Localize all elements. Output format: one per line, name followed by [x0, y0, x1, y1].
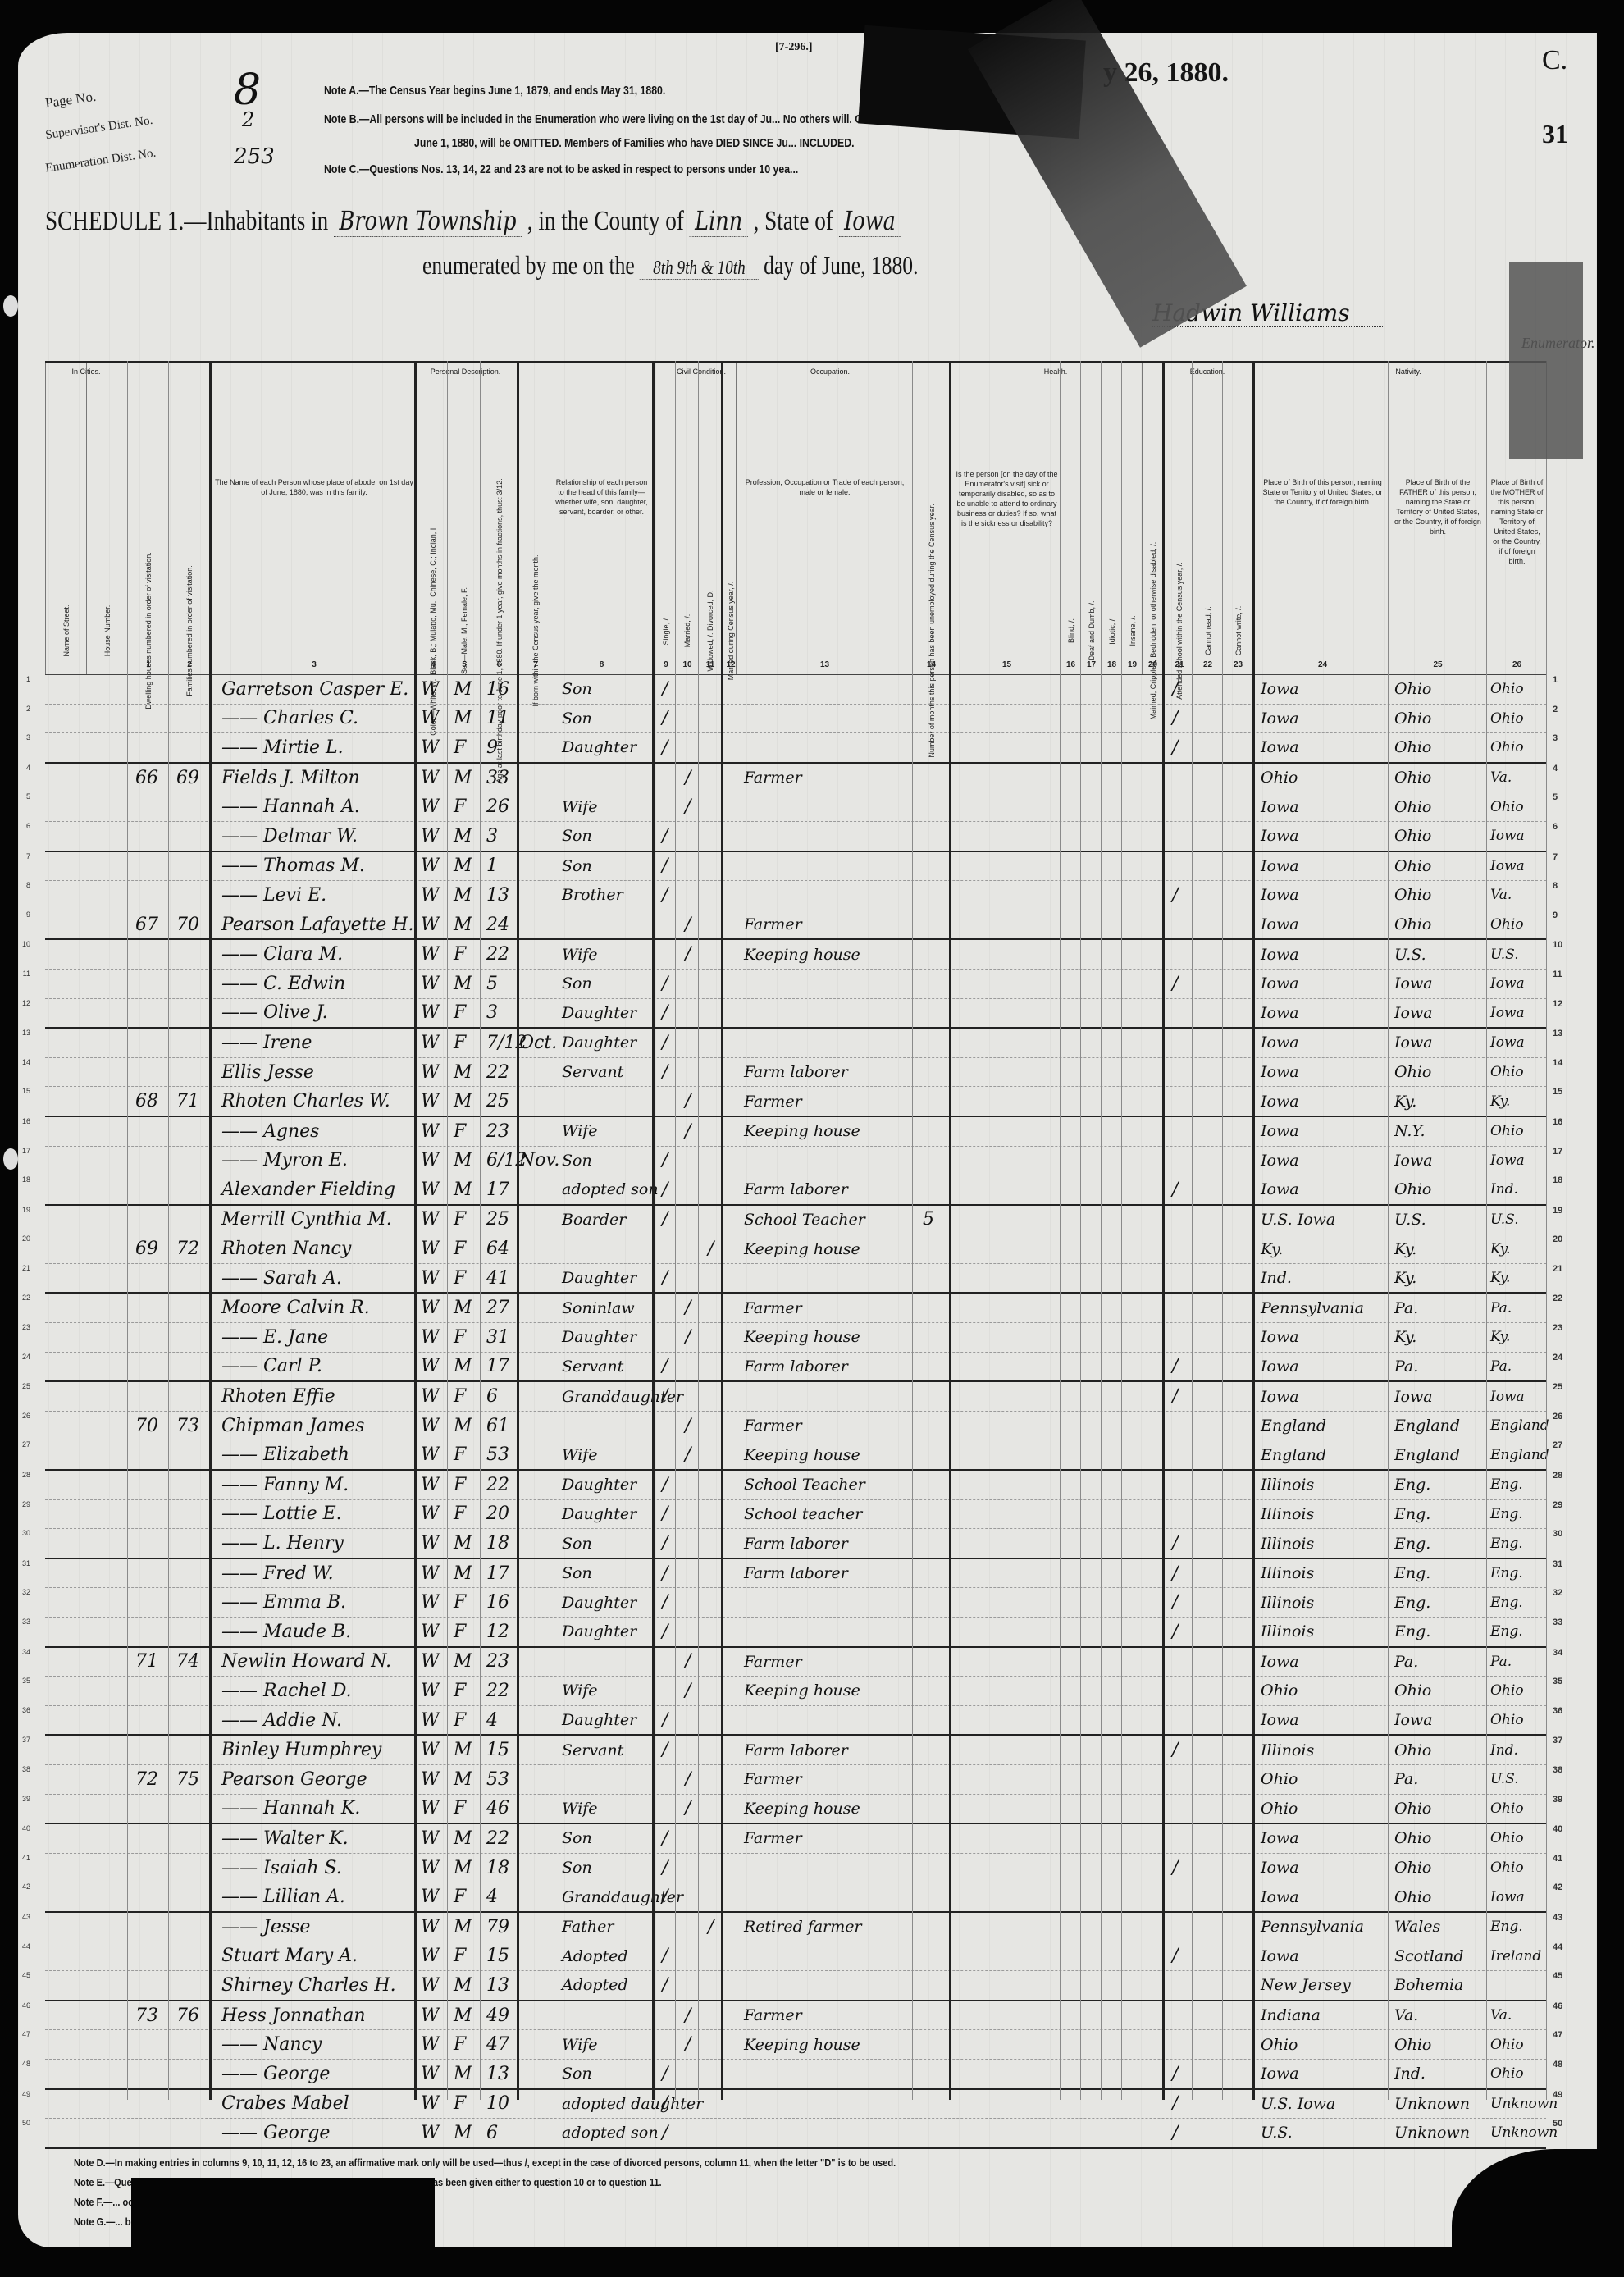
mother-birthplace: Ky.: [1490, 1234, 1510, 1263]
line-number-right: 43: [1553, 1913, 1572, 1923]
col-street: Name of Street.: [45, 363, 87, 674]
age: 13: [486, 2060, 509, 2088]
occupation: School teacher: [744, 1500, 862, 1529]
line-number-right: 18: [1553, 1175, 1572, 1185]
father-birthplace: U.S.: [1394, 1206, 1426, 1234]
relationship: Son: [562, 2060, 592, 2088]
sex: M: [454, 1765, 472, 1794]
dwelling-number: 70: [135, 1412, 158, 1440]
relationship: Son: [562, 852, 592, 881]
birthplace: Iowa: [1261, 1824, 1299, 1853]
table-row: 3636—— Addie N.WF4Daughter/IowaIowaOhio: [45, 1706, 1546, 1736]
color: W: [421, 2060, 440, 2088]
rule: [517, 361, 519, 2100]
family-number: 69: [176, 764, 199, 792]
birth-month: Oct.: [519, 1029, 557, 1057]
relationship: adopted son: [562, 1175, 659, 1204]
col-age: Age at last birthday prior to June 1, 18…: [480, 363, 518, 674]
relationship: Servant: [562, 1736, 623, 1764]
father-birthplace: England: [1394, 1440, 1460, 1469]
mother-birthplace: Va.: [1490, 2001, 1512, 2030]
father-birthplace: Pa.: [1394, 1353, 1418, 1381]
table-row: 4343—— JesseWM79Father/Retired farmerPen…: [45, 1913, 1546, 1942]
birthplace: Iowa: [1261, 2060, 1299, 2088]
rule: [1192, 361, 1193, 2100]
table-row: 4747—— NancyWF47Wife/Keeping houseOhioOh…: [45, 2030, 1546, 2060]
line-number-right: 39: [1553, 1795, 1572, 1805]
table-row: 26267073Chipman JamesWM61/FarmerEnglandE…: [45, 1412, 1546, 1441]
color: W: [421, 910, 440, 939]
line-number: 29: [11, 1500, 30, 1508]
relationship: Adopted: [562, 1971, 628, 2000]
sex: M: [454, 1529, 472, 1558]
married-mark: /: [685, 792, 691, 821]
age: 13: [486, 1971, 509, 2000]
rule: [1222, 361, 1223, 2100]
person-name: —— L. Henry: [221, 1529, 344, 1558]
occupation: Farmer: [744, 1294, 802, 1322]
line-number-right: 25: [1553, 1382, 1572, 1392]
relationship: Brother: [562, 881, 623, 910]
age: 18: [486, 1529, 509, 1558]
rule: [1121, 361, 1122, 2100]
school-mark: /: [1172, 733, 1178, 762]
line-number-right: 26: [1553, 1412, 1572, 1421]
single-mark: /: [662, 1854, 668, 1882]
line-number: 12: [11, 999, 30, 1007]
mother-birthplace: Eng.: [1490, 1500, 1523, 1529]
father-birthplace: Ohio: [1394, 852, 1431, 881]
person-name: Alexander Fielding: [221, 1175, 395, 1204]
census-table: In Cities. Name of Street. House Number.…: [45, 361, 1546, 2149]
single-mark: /: [662, 733, 668, 762]
age: 16: [486, 675, 509, 704]
father-birthplace: Ky.: [1394, 1323, 1416, 1352]
table-header: In Cities. Name of Street. House Number.…: [45, 361, 1546, 675]
sex: F: [454, 940, 466, 969]
line-number: 33: [11, 1618, 30, 1626]
birthplace: Iowa: [1261, 1117, 1299, 1146]
color: W: [421, 764, 440, 792]
line-number-right: 14: [1553, 1058, 1572, 1068]
person-name: —— Hannah A.: [221, 792, 360, 821]
mother-birthplace: Ohio: [1490, 1795, 1524, 1823]
relationship: Boarder: [562, 1206, 626, 1234]
line-number: 10: [11, 940, 30, 948]
sex: M: [454, 1913, 472, 1942]
color: W: [421, 1264, 440, 1293]
sex: M: [454, 1175, 472, 1204]
color: W: [421, 1175, 440, 1204]
col-dwelling: Dwelling houses numbered in order of vis…: [127, 363, 169, 674]
single-mark: /: [662, 1882, 668, 1911]
relationship: Daughter: [562, 1323, 636, 1352]
person-name: Crabes Mabel: [221, 2090, 349, 2119]
age: 6: [486, 1382, 498, 1411]
age: 53: [486, 1440, 509, 1469]
line-number: 21: [11, 1264, 30, 1272]
married-mark: /: [685, 1648, 691, 1677]
dwelling-number: 73: [135, 2001, 158, 2030]
mother-birthplace: Ky.: [1490, 1323, 1510, 1352]
sex: M: [454, 822, 472, 851]
single-mark: /: [662, 822, 668, 851]
line-number: 8: [11, 881, 30, 889]
table-row: 3535—— Rachel D.WF22Wife/Keeping houseOh…: [45, 1677, 1546, 1706]
school-mark: /: [1172, 1382, 1178, 1411]
table-row: 2727—— ElizabethWF53Wife/Keeping houseEn…: [45, 1440, 1546, 1471]
sex: F: [454, 1942, 466, 1971]
mother-birthplace: Ohio: [1490, 1854, 1524, 1882]
table-row: 3737Binley HumphreyWM15Servant/Farm labo…: [45, 1736, 1546, 1765]
line-number: 20: [11, 1234, 30, 1243]
mother-birthplace: Unknown: [1490, 2090, 1558, 2119]
line-number: 14: [11, 1058, 30, 1066]
mother-birthplace: Ind.: [1490, 1736, 1518, 1764]
birthplace: Ohio: [1261, 1677, 1298, 1705]
sex: F: [454, 1677, 466, 1705]
relationship: Son: [562, 675, 592, 704]
col-school: Attended school within the Census year, …: [1162, 363, 1194, 674]
father-birthplace: Ohio: [1394, 910, 1431, 939]
table-row: 1111—— C. EdwinWM5Son//IowaIowaIowa: [45, 970, 1546, 999]
age: 22: [486, 1824, 509, 1853]
table-row: 77—— Thomas M.WM1Son/IowaOhioIowa: [45, 852, 1546, 882]
table-row: 2222Moore Calvin R.WM27Soninlaw/FarmerPe…: [45, 1294, 1546, 1323]
father-birthplace: Ohio: [1394, 764, 1431, 792]
father-birthplace: Eng.: [1394, 1588, 1430, 1617]
birthplace: Iowa: [1261, 792, 1299, 821]
birthplace: Indiana: [1261, 2001, 1321, 2030]
person-name: —— Emma B.: [221, 1588, 346, 1617]
rule: [480, 361, 481, 2100]
family-number: 75: [176, 1765, 199, 1794]
father-birthplace: Ohio: [1394, 2030, 1431, 2059]
father-birthplace: Unknown: [1394, 2090, 1470, 2119]
enumeration-dist-value: 253: [234, 144, 275, 169]
mother-birthplace: Va.: [1490, 764, 1512, 792]
single-mark: /: [662, 1206, 668, 1234]
schedule-title: SCHEDULE 1.—Inhabitants in Brown Townshi…: [45, 205, 901, 237]
dwelling-number: 66: [135, 764, 158, 792]
birthplace: Iowa: [1261, 1882, 1299, 1911]
married-mark: /: [685, 2030, 691, 2059]
father-birthplace: Scotland: [1394, 1942, 1464, 1971]
color: W: [421, 1353, 440, 1381]
married-mark: /: [685, 1765, 691, 1794]
person-name: —— Lillian A.: [221, 1882, 345, 1911]
line-number-right: 35: [1553, 1677, 1572, 1686]
mother-birthplace: Iowa: [1490, 1382, 1525, 1411]
father-birthplace: Ohio: [1394, 733, 1431, 762]
person-name: —— Addie N.: [221, 1706, 342, 1735]
person-name: Rhoten Effie: [221, 1382, 335, 1411]
relationship: Daughter: [562, 1588, 636, 1617]
father-birthplace: Wales: [1394, 1913, 1440, 1942]
rule: [675, 361, 676, 2100]
color: W: [421, 1412, 440, 1440]
color: W: [421, 822, 440, 851]
table-row: 3232—— Emma B.WF16Daughter//IllinoisEng.…: [45, 1588, 1546, 1618]
color: W: [421, 1029, 440, 1057]
mother-birthplace: Ohio: [1490, 705, 1524, 733]
table-row: 1414Ellis JesseWM22Servant/Farm laborerI…: [45, 1058, 1546, 1088]
father-birthplace: Iowa: [1394, 1147, 1433, 1175]
line-number-right: 33: [1553, 1618, 1572, 1627]
color: W: [421, 1854, 440, 1882]
line-number-right: 16: [1553, 1117, 1572, 1127]
father-birthplace: Ohio: [1394, 1736, 1431, 1764]
line-number-right: 38: [1553, 1765, 1572, 1775]
color: W: [421, 1323, 440, 1352]
table-row: 1616—— AgnesWF23Wife/Keeping houseIowaN.…: [45, 1117, 1546, 1147]
age: 20: [486, 1500, 509, 1529]
color: W: [421, 1500, 440, 1529]
school-mark: /: [1172, 1618, 1178, 1646]
line-number: 31: [11, 1559, 30, 1567]
color: W: [421, 1765, 440, 1794]
table-row: 38387275Pearson GeorgeWM53/FarmerOhioPa.…: [45, 1765, 1546, 1795]
table-row: 2525Rhoten EffieWF6Granddaughter//IowaIo…: [45, 1382, 1546, 1412]
line-number: 41: [11, 1854, 30, 1862]
sex: M: [454, 1736, 472, 1764]
relationship: Wife: [562, 1677, 598, 1705]
sex: M: [454, 1058, 472, 1087]
mother-birthplace: Iowa: [1490, 1882, 1525, 1911]
single-mark: /: [662, 1058, 668, 1087]
sex: M: [454, 1087, 472, 1116]
color: W: [421, 1648, 440, 1677]
widowed-mark: /: [708, 1234, 714, 1263]
dwelling-number: 71: [135, 1648, 158, 1677]
col-occupation: Profession, Occupation or Trade of each …: [736, 363, 913, 674]
sex: F: [454, 1795, 466, 1823]
age: 12: [486, 1618, 509, 1646]
person-name: Merrill Cynthia M.: [221, 1206, 392, 1234]
single-mark: /: [662, 2090, 668, 2119]
line-number: 26: [11, 1412, 30, 1420]
line-number: 43: [11, 1913, 30, 1921]
table-row: 2828—— Fanny M.WF22Daughter/School Teach…: [45, 1471, 1546, 1500]
mother-birthplace: Ohio: [1490, 675, 1524, 704]
sex: F: [454, 1206, 466, 1234]
color: W: [421, 999, 440, 1028]
relationship: Son: [562, 1529, 592, 1558]
line-number-right: 23: [1553, 1323, 1572, 1333]
mother-birthplace: Va.: [1490, 881, 1512, 910]
mother-birthplace: Ireland: [1490, 1942, 1541, 1971]
color: W: [421, 1971, 440, 2000]
table-row: 88—— Levi E.WM13Brother//IowaOhioVa.: [45, 881, 1546, 910]
color: W: [421, 1618, 440, 1646]
table-row: 2929—— Lottie E.WF20Daughter/School teac…: [45, 1500, 1546, 1530]
line-number-right: 10: [1553, 940, 1572, 950]
father-birthplace: Ohio: [1394, 1058, 1431, 1087]
line-number: 48: [11, 2060, 30, 2068]
birthplace: New Jersey: [1261, 1971, 1351, 2000]
father-birthplace: Pa.: [1394, 1294, 1418, 1322]
mother-birthplace: Ohio: [1490, 1824, 1524, 1853]
person-name: —— Sarah A.: [221, 1264, 342, 1293]
col-cannot-read: Cannot read, /.22: [1192, 363, 1223, 674]
relationship: Soninlaw: [562, 1294, 635, 1322]
person-name: —— Carl P.: [221, 1353, 322, 1381]
sex: F: [454, 1440, 466, 1469]
relationship: Daughter: [562, 1471, 636, 1499]
age: 16: [486, 1588, 509, 1617]
note-b-line2: June 1, 1880, will be OMITTED. Members o…: [414, 136, 855, 150]
supervisor-dist-value: 2: [242, 108, 254, 131]
sex: M: [454, 764, 472, 792]
single-mark: /: [662, 675, 668, 704]
line-number: 7: [11, 852, 30, 860]
birthplace: Iowa: [1261, 1058, 1299, 1087]
line-number: 19: [11, 1206, 30, 1214]
occupation: Retired farmer: [744, 1913, 862, 1942]
age: 22: [486, 1471, 509, 1499]
sex: M: [454, 2119, 472, 2147]
mother-birthplace: Ohio: [1490, 2030, 1524, 2059]
age: 41: [486, 1264, 509, 1293]
father-birthplace: England: [1394, 1412, 1460, 1440]
line-number: 4: [11, 764, 30, 772]
birthplace: Illinois: [1261, 1529, 1314, 1558]
person-name: —— Maude B.: [221, 1618, 351, 1646]
table-row: 1212—— Olive J.WF3Daughter/IowaIowaIowa: [45, 999, 1546, 1029]
col-color: Color—White, W.; Black, B.; Mulatto, Mu.…: [414, 363, 449, 674]
mother-birthplace: England: [1490, 1440, 1549, 1469]
occupation: Farmer: [744, 1824, 802, 1853]
person-name: —— Olive J.: [221, 999, 328, 1028]
color: W: [421, 970, 440, 998]
relationship: Son: [562, 1854, 592, 1882]
rule: [1388, 361, 1389, 2100]
single-mark: /: [662, 1500, 668, 1529]
birthplace: Iowa: [1261, 1087, 1299, 1116]
single-mark: /: [662, 999, 668, 1028]
person-name: —— Agnes: [221, 1117, 319, 1146]
line-number-right: 31: [1553, 1559, 1572, 1569]
dwelling-number: 72: [135, 1765, 158, 1794]
single-mark: /: [662, 1824, 668, 1853]
mother-birthplace: England: [1490, 1412, 1549, 1440]
table-row: 2323—— E. JaneWF31Daughter/Keeping house…: [45, 1323, 1546, 1353]
father-birthplace: Bohemia: [1394, 1971, 1463, 2000]
birthplace: Ohio: [1261, 1795, 1298, 1823]
state-field: Iowa: [839, 205, 901, 237]
person-name: Rhoten Charles W.: [221, 1087, 390, 1116]
relationship: Son: [562, 705, 592, 733]
mother-birthplace: U.S.: [1490, 1206, 1519, 1234]
father-birthplace: Ohio: [1394, 822, 1431, 851]
occupation: Keeping house: [744, 1440, 860, 1469]
rule: [414, 361, 417, 2100]
sex: M: [454, 1971, 472, 2000]
relationship: Wife: [562, 2030, 598, 2059]
table-row: 46467376Hess JonnathanWM49/FarmerIndiana…: [45, 2001, 1546, 2031]
table-row: 20206972Rhoten NancyWF64/Keeping houseKy…: [45, 1234, 1546, 1264]
rule: [1080, 361, 1081, 2100]
single-mark: /: [662, 1971, 668, 2000]
mother-birthplace: Unknown: [1490, 2119, 1558, 2147]
relationship: adopted son: [562, 2119, 659, 2147]
sex: M: [454, 2060, 472, 2088]
age: 9: [486, 733, 498, 762]
married-mark: /: [685, 1677, 691, 1705]
line-number-right: 36: [1553, 1706, 1572, 1716]
family-number: 72: [176, 1234, 199, 1263]
line-number-right: 7: [1553, 852, 1572, 862]
family-number: 71: [176, 1087, 199, 1116]
father-birthplace: Ohio: [1394, 705, 1431, 733]
age: 3: [486, 822, 498, 851]
married-mark: /: [685, 1412, 691, 1440]
mother-birthplace: Eng.: [1490, 1471, 1523, 1499]
age: 61: [486, 1412, 509, 1440]
occupation: Farmer: [744, 2001, 802, 2030]
sex: F: [454, 1588, 466, 1617]
birthplace: Ohio: [1261, 2030, 1298, 2059]
occupation: Farm laborer: [744, 1175, 848, 1204]
birthplace: Iowa: [1261, 910, 1299, 939]
birthplace: Iowa: [1261, 852, 1299, 881]
line-number-right: 20: [1553, 1234, 1572, 1244]
sex: M: [454, 705, 472, 733]
line-number: 27: [11, 1440, 30, 1449]
single-mark: /: [662, 852, 668, 881]
line-number: 25: [11, 1382, 30, 1390]
single-mark: /: [662, 1706, 668, 1735]
line-number-right: 28: [1553, 1471, 1572, 1481]
line-number: 15: [11, 1087, 30, 1095]
line-number-right: 6: [1553, 822, 1572, 832]
father-birthplace: Eng.: [1394, 1471, 1430, 1499]
person-name: —— Delmar W.: [221, 822, 358, 851]
school-mark: /: [1172, 1942, 1178, 1971]
age: 64: [486, 1234, 509, 1263]
person-name: —— C. Edwin: [221, 970, 345, 998]
person-name: —— Lottie E.: [221, 1500, 342, 1529]
person-name: —— Rachel D.: [221, 1677, 352, 1705]
line-number: 49: [11, 2090, 30, 2098]
rule: [949, 361, 951, 2100]
age: 5: [486, 970, 498, 998]
color: W: [421, 1706, 440, 1735]
age: 79: [486, 1913, 509, 1942]
single-mark: /: [662, 705, 668, 733]
birthplace: Pennsylvania: [1261, 1294, 1364, 1322]
color: W: [421, 881, 440, 910]
color: W: [421, 1206, 440, 1234]
page-no-value: 8: [234, 66, 261, 115]
sex: F: [454, 733, 466, 762]
col-sick: Is the person [on the day of the Enumera…: [949, 363, 1062, 674]
single-mark: /: [662, 1471, 668, 1499]
table-row: 4848—— GeorgeWM13Son//IowaInd.Ohio: [45, 2060, 1546, 2090]
color: W: [421, 1087, 440, 1116]
single-mark: /: [662, 1736, 668, 1764]
school-mark: /: [1172, 1736, 1178, 1764]
series-letter: C.: [1542, 45, 1567, 76]
col-relationship: Relationship of each person to the head …: [550, 363, 653, 674]
birthplace: Iowa: [1261, 1323, 1299, 1352]
school-mark: /: [1172, 2119, 1178, 2147]
occupation: Keeping house: [744, 1234, 860, 1263]
single-mark: /: [662, 1618, 668, 1646]
age: 17: [486, 1559, 509, 1588]
line-number-right: 11: [1553, 970, 1572, 979]
married-mark: /: [685, 2001, 691, 2030]
